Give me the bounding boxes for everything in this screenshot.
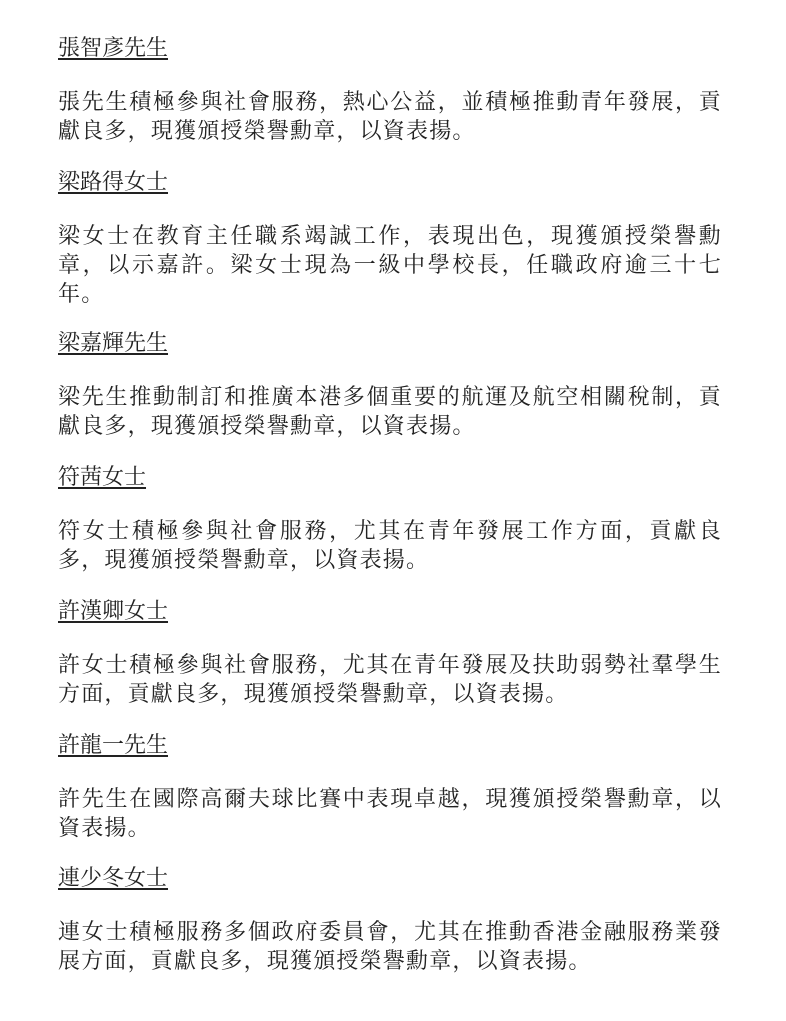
honoree-name: 梁路得女士 (58, 170, 168, 196)
honoree-name: 符茜女士 (58, 465, 146, 491)
honoree-description: 許先生在國際高爾夫球比賽中表現卓越，現獲頒授榮譽勳章，以資表揚。 (58, 785, 722, 843)
honoree-entry: 符茜女士 符女士積極參與社會服務，尤其在青年發展工作方面，貢獻良多，現獲頒授榮譽… (58, 465, 722, 491)
honoree-entry: 梁路得女士 梁女士在教育主任職系竭誠工作，表現出色，現獲頒授榮譽勳章，以示嘉許。… (58, 170, 722, 196)
honoree-name: 連少冬女士 (58, 866, 168, 892)
honoree-entry: 連少冬女士 連女士積極服務多個政府委員會，尤其在推動香港金融服務業發展方面，貢獻… (58, 866, 722, 892)
honoree-entry: 許龍一先生 許先生在國際高爾夫球比賽中表現卓越，現獲頒授榮譽勳章，以資表揚。 (58, 733, 722, 759)
honoree-entry: 梁嘉輝先生 梁先生推動制訂和推廣本港多個重要的航運及航空相關稅制，貢獻良多，現獲… (58, 331, 722, 357)
honoree-entry: 許漢卿女士 許女士積極參與社會服務，尤其在青年發展及扶助弱勢社羣學生方面，貢獻良… (58, 599, 722, 625)
document-page: 張智彥先生 張先生積極參與社會服務，熱心公益，並積極推動青年發展，貢獻良多，現獲… (0, 0, 786, 1021)
honoree-name: 許龍一先生 (58, 733, 168, 759)
honoree-name: 梁嘉輝先生 (58, 331, 168, 357)
honoree-description: 梁女士在教育主任職系竭誠工作，表現出色，現獲頒授榮譽勳章，以示嘉許。梁女士現為一… (58, 222, 722, 309)
honoree-description: 張先生積極參與社會服務，熱心公益，並積極推動青年發展，貢獻良多，現獲頒授榮譽勳章… (58, 88, 722, 146)
honoree-description: 梁先生推動制訂和推廣本港多個重要的航運及航空相關稅制，貢獻良多，現獲頒授榮譽勳章… (58, 383, 722, 441)
honoree-description: 符女士積極參與社會服務，尤其在青年發展工作方面，貢獻良多，現獲頒授榮譽勳章，以資… (58, 517, 722, 575)
honoree-name: 張智彥先生 (58, 36, 168, 62)
honoree-description: 連女士積極服務多個政府委員會，尤其在推動香港金融服務業發展方面，貢獻良多，現獲頒… (58, 918, 722, 976)
honoree-description: 許女士積極參與社會服務，尤其在青年發展及扶助弱勢社羣學生方面，貢獻良多，現獲頒授… (58, 651, 722, 709)
honoree-name: 許漢卿女士 (58, 599, 168, 625)
honoree-entry: 張智彥先生 張先生積極參與社會服務，熱心公益，並積極推動青年發展，貢獻良多，現獲… (58, 36, 722, 62)
